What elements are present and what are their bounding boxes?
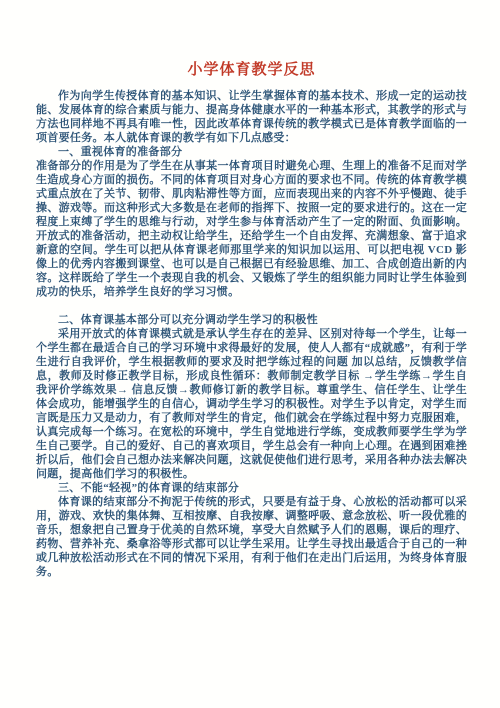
document-content: 小学体育教学反思 作为向学生传授体育的基本知识、让学生掌握体育的基本技术、形成一… [36, 58, 467, 579]
section-2-body: 采用开放式的体育课模式就是承认学生存在的差异、区别对待每一个学生，让每一个学生都… [36, 327, 467, 481]
section-1-heading: 一、重视体育的准备部分 [36, 145, 467, 159]
section-1-body: 准备部分的作用是为了学生在从事某一体育项目时避免心理、生理上的准备不足而对学生造… [36, 159, 467, 299]
document-title: 小学体育教学反思 [36, 58, 467, 79]
section-2-heading: 二、体育课基本部分可以充分调动学生学习的积极性 [36, 313, 467, 327]
section-3-body: 体育课的结束部分不拘泥于传统的形式，只要是有益于身、心放松的活动都可以采用，游戏… [36, 495, 467, 579]
section-3-heading: 三、不能“轻视”的体育课的结束部分 [36, 481, 467, 495]
document-page: 小学体育教学反思 作为向学生传授体育的基本知识、让学生掌握体育的基本技术、形成一… [0, 0, 500, 708]
intro-paragraph: 作为向学生传授体育的基本知识、让学生掌握体育的基本技术、形成一定的运动技能、发展… [36, 89, 467, 145]
